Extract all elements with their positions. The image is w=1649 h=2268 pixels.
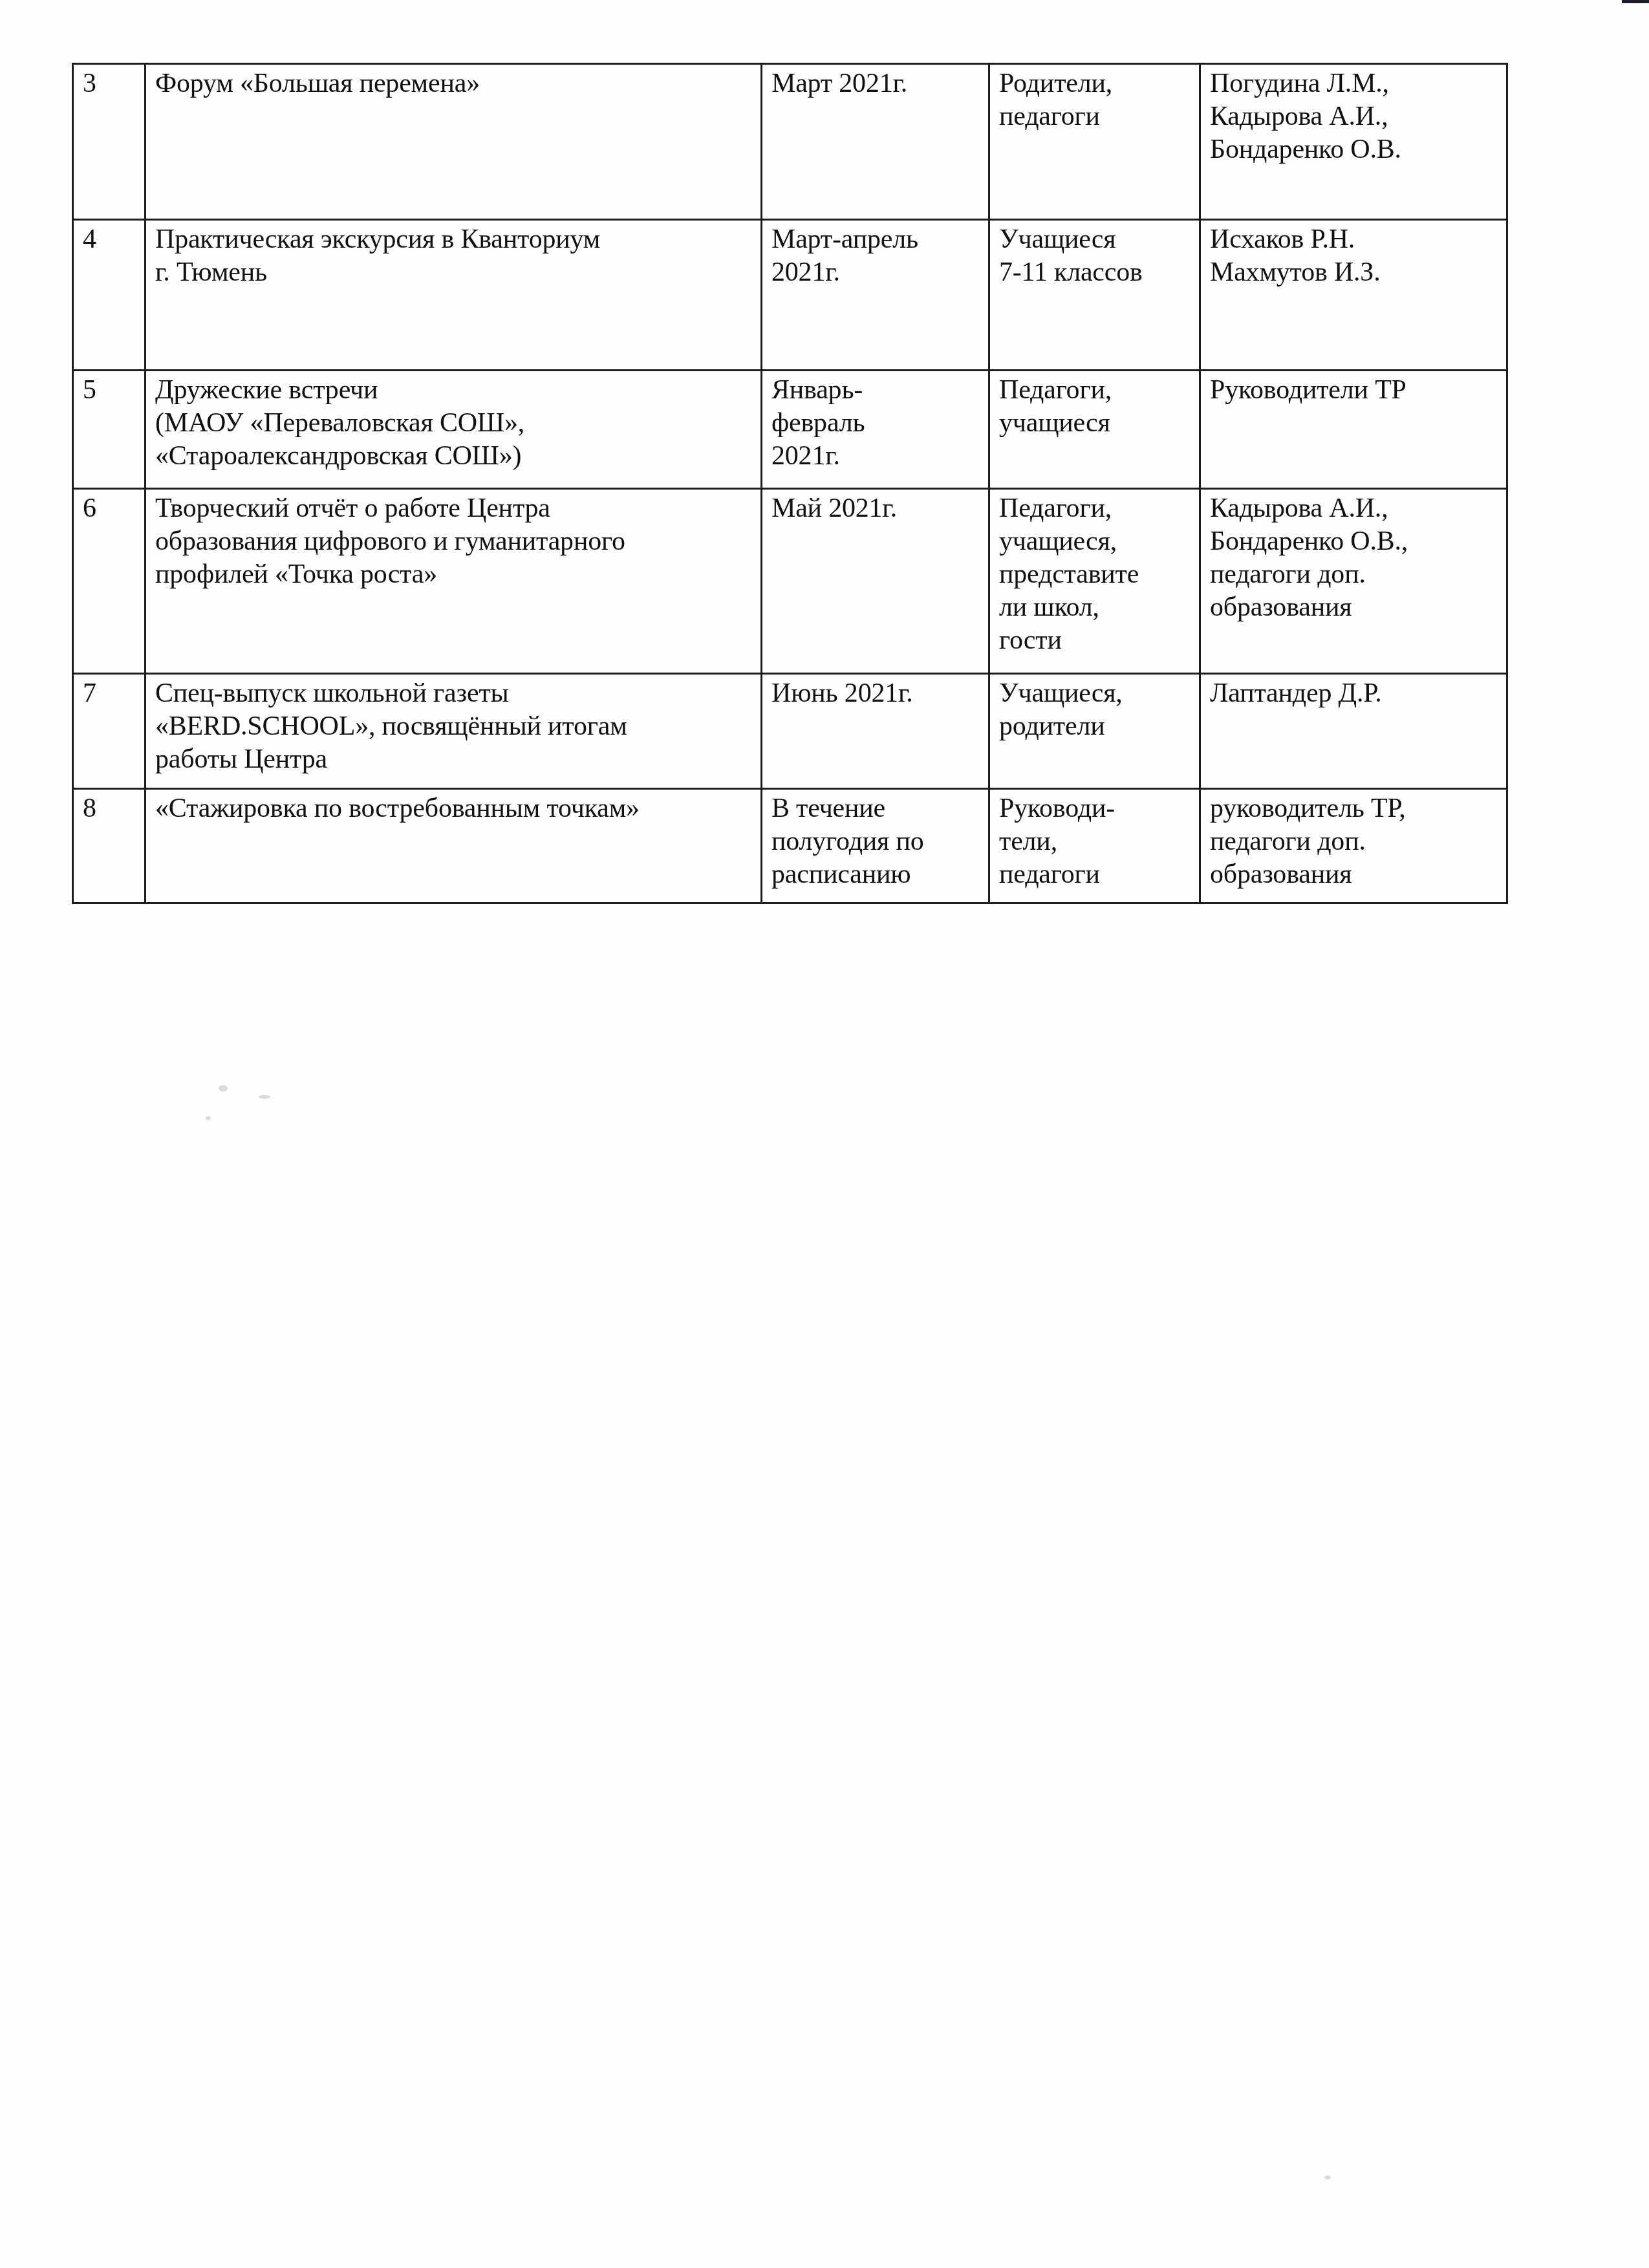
table-row: 5 Дружеские встречи (МАОУ «Переваловская… [73, 371, 1507, 489]
participants-cell: Руководи- тели, педагоги [989, 789, 1200, 903]
date-cell: Март 2021г. [762, 64, 989, 220]
event-cell: Творческий отчёт о работе Центра образов… [145, 489, 762, 674]
event-cell: Форум «Большая перемена» [145, 64, 762, 220]
event-cell: Спец-выпуск школьной газеты «BERD.SCHOOL… [145, 674, 762, 789]
responsible-cell: Кадырова А.И., Бондаренко О.В., педагоги… [1200, 489, 1507, 674]
responsible-cell: руководитель ТР, педагоги доп. образован… [1200, 789, 1507, 903]
table-row: 4 Практическая экскурсия в Кванториум г.… [73, 220, 1507, 371]
scan-artifact [259, 1095, 270, 1099]
event-cell: Дружеские встречи (МАОУ «Переваловская С… [145, 371, 762, 489]
participants-cell: Учащиеся, родители [989, 674, 1200, 789]
date-cell: Март-апрель 2021г. [762, 220, 989, 371]
responsible-cell: Руководители ТР [1200, 371, 1507, 489]
row-number: 4 [73, 220, 145, 371]
row-number: 5 [73, 371, 145, 489]
table-row: 3 Форум «Большая перемена» Март 2021г. Р… [73, 64, 1507, 220]
participants-cell: Родители, педагоги [989, 64, 1200, 220]
date-cell: Январь- февраль 2021г. [762, 371, 989, 489]
event-cell: Практическая экскурсия в Кванториум г. Т… [145, 220, 762, 371]
table-row: 8 «Стажировка по востребованным точкам» … [73, 789, 1507, 903]
table-row: 7 Спец-выпуск школьной газеты «BERD.SCHO… [73, 674, 1507, 789]
responsible-cell: Погудина Л.М., Кадырова А.И., Бондаренко… [1200, 64, 1507, 220]
participants-cell: Педагоги, учащиеся [989, 371, 1200, 489]
scan-artifact [206, 1116, 211, 1120]
row-number: 8 [73, 789, 145, 903]
participants-cell: Педагоги, учащиеся, представите ли школ,… [989, 489, 1200, 674]
row-number: 3 [73, 64, 145, 220]
responsible-cell: Лаптандер Д.Р. [1200, 674, 1507, 789]
date-cell: В течение полугодия по расписанию [762, 789, 989, 903]
scan-artifact [1324, 2176, 1331, 2179]
event-cell: «Стажировка по востребованным точкам» [145, 789, 762, 903]
event-schedule-table: 3 Форум «Большая перемена» Март 2021г. Р… [72, 63, 1508, 904]
responsible-cell: Исхаков Р.Н. Махмутов И.З. [1200, 220, 1507, 371]
table-row: 6 Творческий отчёт о работе Центра образ… [73, 489, 1507, 674]
scanned-page: 3 Форум «Большая перемена» Март 2021г. Р… [0, 0, 1649, 2268]
participants-cell: Учащиеся 7-11 классов [989, 220, 1200, 371]
row-number: 6 [73, 489, 145, 674]
scan-artifact [219, 1085, 228, 1092]
date-cell: Май 2021г. [762, 489, 989, 674]
date-cell: Июнь 2021г. [762, 674, 989, 789]
scan-edge-mark [1622, 0, 1649, 3]
row-number: 7 [73, 674, 145, 789]
